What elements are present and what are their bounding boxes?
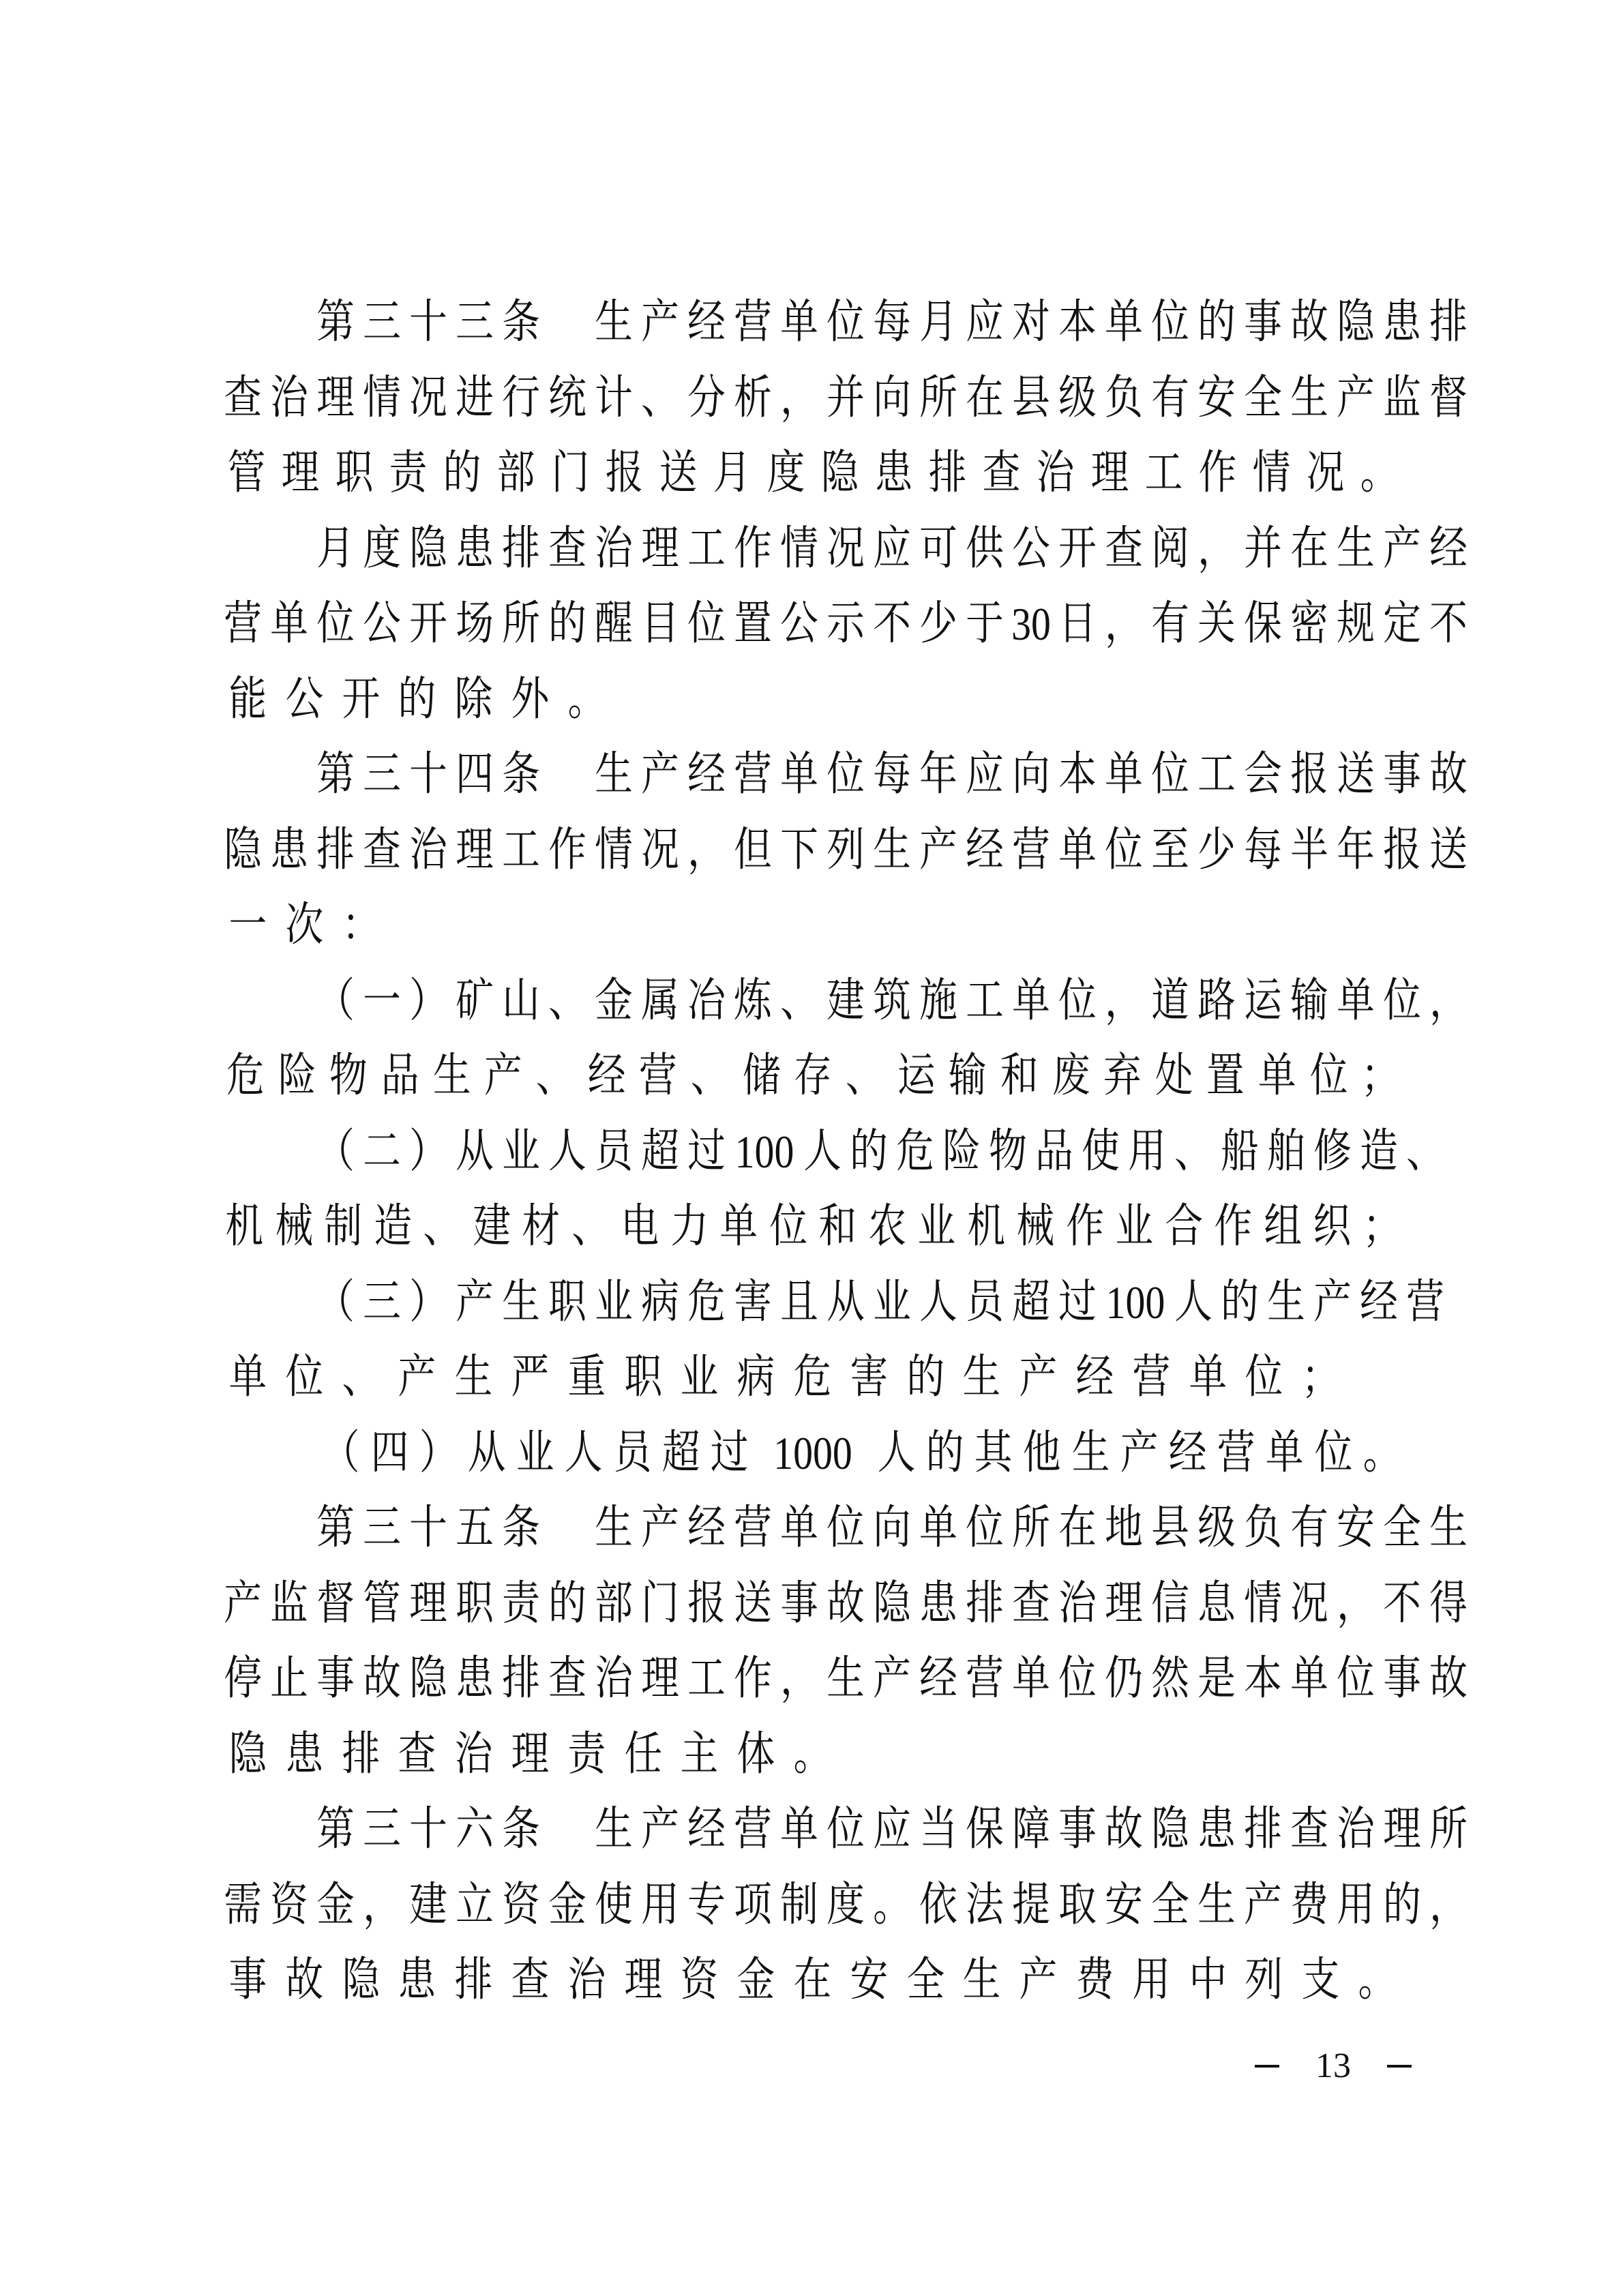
text-line: 月度隐患排查治理工作情况应可供公开查阅，并在生产经 <box>220 511 1406 587</box>
text-line: 一次： <box>220 888 1406 964</box>
document-body: 第三十三条 生产经营单位每月应对本单位的事故隐患排查治理情况进行统计、分析，并向… <box>220 285 1406 2018</box>
text-line: 查治理情况进行统计、分析，并向所在县级负有安全生产监督 <box>220 361 1406 436</box>
page-number-right-dash <box>1387 2065 1412 2068</box>
text-line: 第三十四条 生产经营单位每年应向本单位工会报送事故 <box>220 737 1406 813</box>
text-line: （四）从业人员超过 1000 人的其他生产经营单位。 <box>220 1416 1406 1491</box>
text-line: 需资金，建立资金使用专项制度。依法提取安全生产费用的， <box>220 1868 1406 1943</box>
text-line: 单位、产生严重职业病危害的生产经营单位； <box>220 1340 1406 1416</box>
text-line: 第三十五条 生产经营单位向单位所在地县级负有安全生 <box>220 1491 1406 1566</box>
text-line: 事故隐患排查治理资金在安全生产费用中列支。 <box>220 1943 1406 2018</box>
text-line: 第三十六条 生产经营单位应当保障事故隐患排查治理所 <box>220 1792 1406 1868</box>
page-number-value: 13 <box>1315 2039 1351 2093</box>
text-line: 营单位公开场所的醒目位置公示不少于 30 日，有关保密规定不 <box>220 586 1406 662</box>
text-line: 第三十三条 生产经营单位每月应对本单位的事故隐患排 <box>220 285 1406 361</box>
text-line: （三）产生职业病危害且从业人员超过 100 人的生产经营 <box>220 1265 1406 1341</box>
text-line: 产监督管理职责的部门报送事故隐患排查治理信息情况，不得 <box>220 1566 1406 1642</box>
text-line: 隐患排查治理工作情况，但下列生产经营单位至少每半年报送 <box>220 813 1406 889</box>
text-line: 管理职责的部门报送月度隐患排查治理工作情况。 <box>220 436 1406 511</box>
text-line: 隐患排查治理责任主体。 <box>220 1717 1406 1793</box>
page-number-left-dash <box>1255 2065 1279 2068</box>
text-line: 停止事故隐患排查治理工作，生产经营单位仍然是本单位事故 <box>220 1641 1406 1717</box>
text-line: 能公开的除外。 <box>220 662 1406 738</box>
text-line: 机械制造、建材、电力单位和农业机械作业合作组织； <box>220 1189 1406 1265</box>
text-line: （一）矿山、金属冶炼、建筑施工单位，道路运输单位， <box>220 964 1406 1039</box>
page-number: 13 <box>1255 2039 1412 2093</box>
text-line: 危险物品生产、经营、储存、运输和废弃处置单位； <box>220 1039 1406 1114</box>
text-line: （二）从业人员超过 100 人的危险物品使用、船舶修造、 <box>220 1114 1406 1190</box>
document-page: 第三十三条 生产经营单位每月应对本单位的事故隐患排查治理情况进行统计、分析，并向… <box>0 0 1623 2296</box>
